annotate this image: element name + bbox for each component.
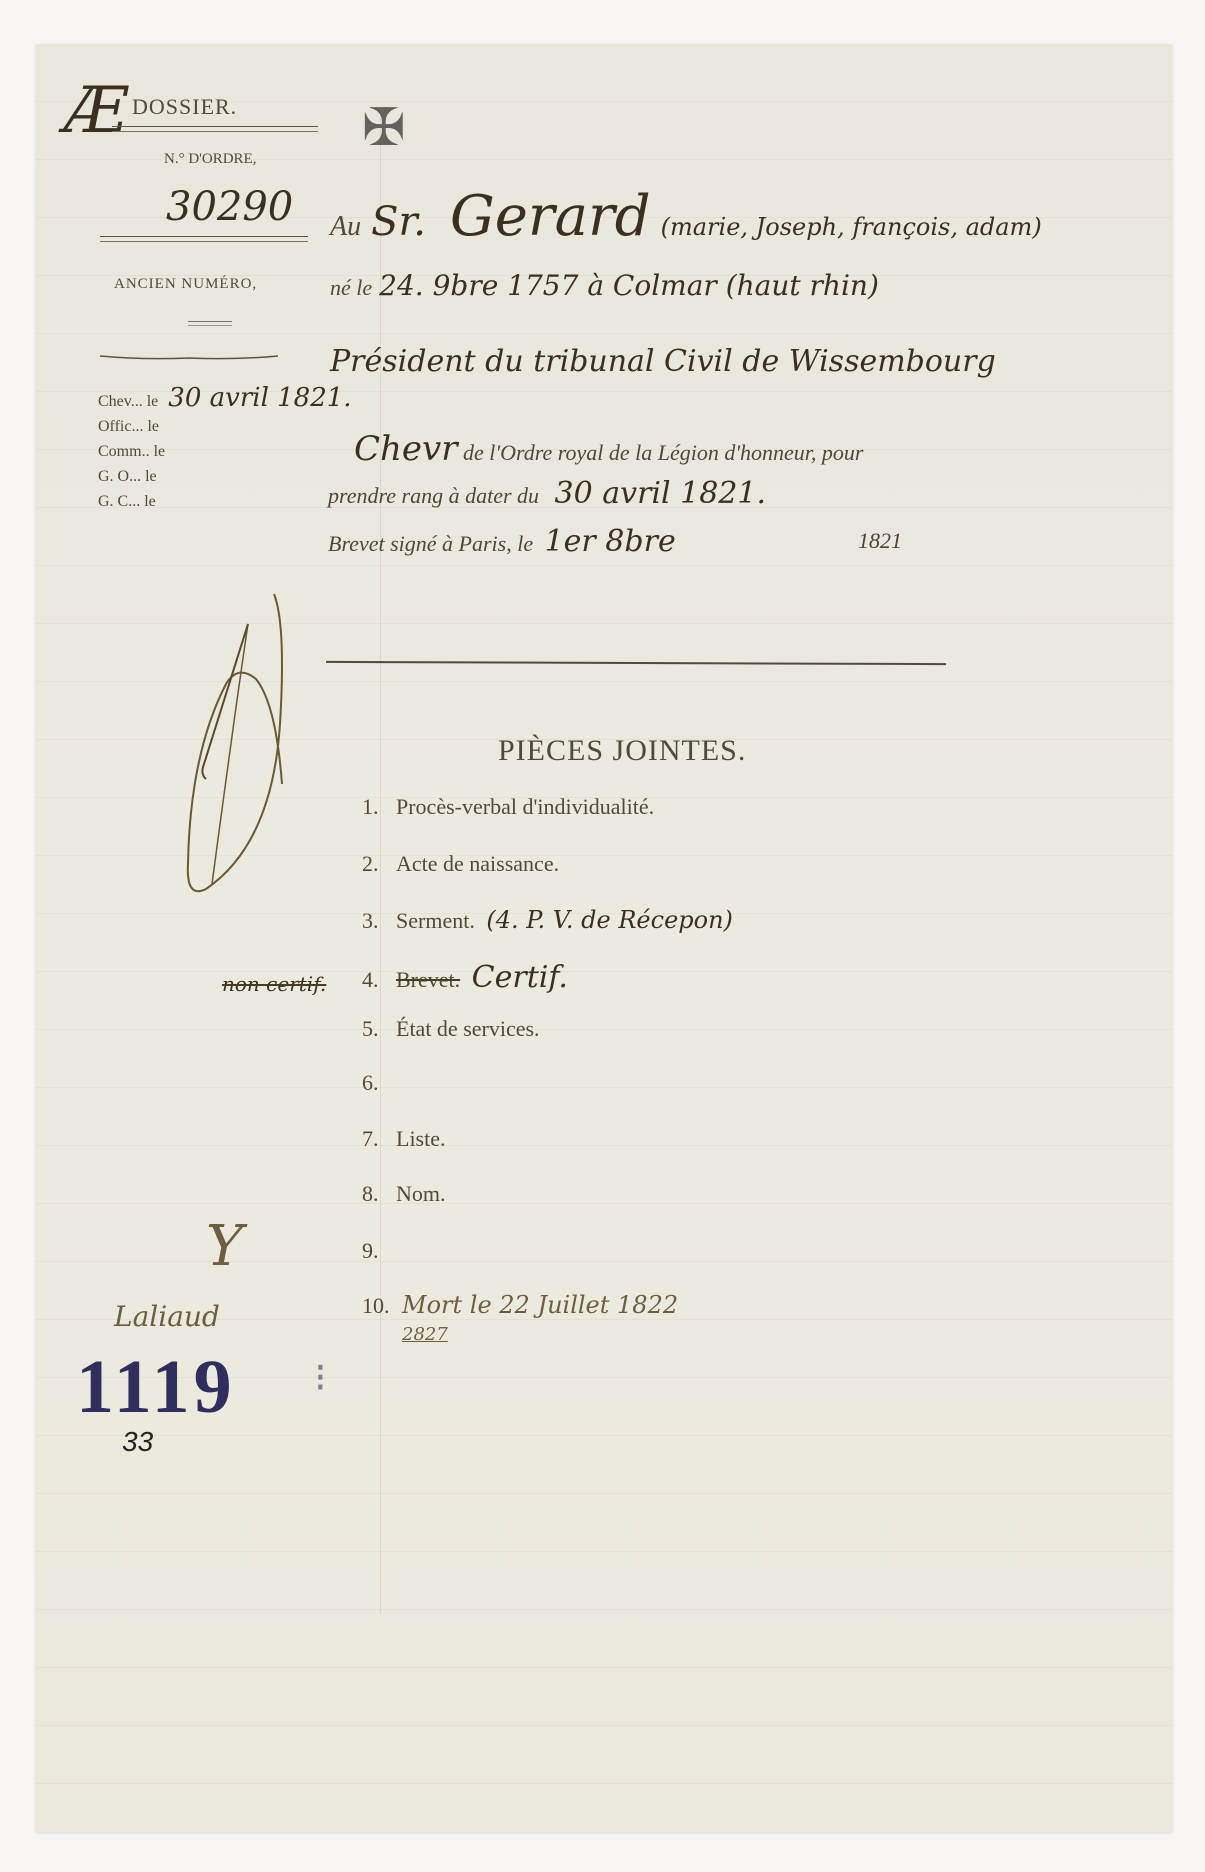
piece-note: Mort le 22 Juillet 1822 (402, 1291, 678, 1319)
stamp-mark-icon: ⁝ (314, 1354, 327, 1401)
non-certif-annotation: non certif. (222, 972, 326, 996)
recipient-position: Président du tribunal Civil de Wissembou… (330, 344, 996, 379)
brevet-label: Brevet signé à Paris, le (328, 531, 533, 556)
piece-label: Procès-verbal d'individualité. (396, 794, 654, 819)
initial-annotation: Æ (64, 74, 128, 148)
piece-item-5: 5.État de services. (362, 1016, 540, 1042)
ancien-numero-label: ANCIEN NUMÉRO, (114, 276, 257, 293)
stamp-number: 1119 (76, 1344, 236, 1431)
brevet-year: 1821 (858, 528, 902, 554)
piece-label: Brevet. (396, 967, 460, 992)
piece-num: 4. (362, 967, 396, 993)
grade-row-offic: Offic... le (98, 414, 352, 439)
section-divider (326, 661, 946, 665)
grade-label: Offic... le (98, 418, 159, 435)
born-label: né le (330, 275, 372, 300)
non-certif-text: non certif. (222, 972, 326, 996)
grade-row-chev: Chev... le 30 avril 1821. (98, 386, 352, 414)
ancien-rule (188, 321, 232, 326)
piece-item-8: 8.Nom. (362, 1181, 446, 1207)
brevet-date: 1er 8bre (545, 524, 676, 559)
award-line: Chevr de l'Ordre royal de la Légion d'ho… (354, 429, 864, 469)
grade-label: G. O... le (98, 468, 157, 485)
margin-letter-annotation: Y (206, 1214, 243, 1279)
grade-label: Comm.. le (98, 443, 165, 460)
piece-num: 8. (362, 1181, 396, 1207)
piece-num: 10. (362, 1293, 396, 1319)
piece-label: Nom. (396, 1181, 446, 1206)
recipient-line: Au Sr. Gerard (marie, Joseph, françois, … (330, 184, 1042, 249)
brace-divider (100, 354, 278, 362)
recipient-title: Sr. (371, 199, 426, 245)
piece-item-10: 10.Mort le 22 Juillet 1822 (362, 1291, 678, 1319)
rang-line: prendre rang à dater du 30 avril 1821. (328, 476, 766, 511)
grade-value: 30 avril 1821. (168, 383, 351, 413)
birth-line: né le 24. 9bre 1757 à Colmar (haut rhin) (330, 269, 879, 303)
piece-item-2: 2.Acte de naissance. (362, 851, 559, 877)
piece-item-6: 6. (362, 1070, 396, 1096)
piece-item-4: 4.Brevet. Certif. (318, 960, 568, 995)
brevet-line: Brevet signé à Paris, le 1er 8bre 1821 (328, 524, 978, 559)
piece-num: 6. (362, 1070, 396, 1096)
document-page: Æ ✠ DOSSIER. N.° D'ORDRE, 30290 ANCIEN N… (36, 44, 1172, 1832)
piece-note: Certif. (472, 960, 568, 995)
born-value: 24. 9bre 1757 à Colmar (haut rhin) (379, 269, 879, 302)
rang-date: 30 avril 1821. (555, 476, 767, 511)
piece-num: 1. (362, 794, 396, 820)
grade-row-go: G. O... le (98, 464, 352, 489)
award-rank: Chevr (354, 429, 458, 469)
au-prefix: Au (330, 211, 361, 242)
pieces-jointes-title: PIÈCES JOINTES. (498, 734, 746, 768)
margin-signature-icon (176, 584, 296, 904)
dossier-rule (112, 126, 318, 132)
grade-row-comm: Comm.. le (98, 439, 352, 464)
recipient-surname: Gerard (450, 184, 651, 249)
piece-item-3: 3.Serment. (4. P. V. de Récepon) (362, 906, 733, 934)
piece-label: Liste. (396, 1126, 446, 1151)
award-text: de l'Ordre royal de la Légion d'honneur,… (463, 440, 864, 465)
grade-row-gc: G. C... le (98, 489, 352, 514)
piece-num: 9. (362, 1238, 396, 1264)
no-ordre-label: N.° D'ORDRE, (164, 151, 256, 168)
piece-label: Serment. (396, 908, 475, 933)
dossier-label: DOSSIER. (132, 94, 237, 120)
no-ordre-value: 30290 (166, 184, 293, 230)
piece-label: Acte de naissance. (396, 851, 559, 876)
piece-item-1: 1.Procès-verbal d'individualité. (362, 794, 654, 820)
piece-num: 3. (362, 908, 396, 934)
grade-label: G. C... le (98, 493, 156, 510)
piece-num: 7. (362, 1126, 396, 1152)
page-number: 33 (122, 1426, 153, 1458)
grades-list: Chev... le 30 avril 1821. Offic... le Co… (98, 386, 352, 514)
rang-label: prendre rang à dater du (328, 483, 539, 508)
ordre-rule (100, 236, 308, 242)
cross-stamp-icon: ✠ (362, 98, 406, 158)
piece-label: État de services. (396, 1016, 540, 1041)
grade-label: Chev... le (98, 393, 158, 410)
piece-10-sub: 2827 (402, 1324, 448, 1345)
piece-note: (4. P. V. de Récepon) (486, 906, 733, 934)
signature-laliaud: Laliaud (114, 1300, 220, 1333)
piece-num: 5. (362, 1016, 396, 1042)
piece-item-7: 7.Liste. (362, 1126, 446, 1152)
ruled-lines (36, 44, 1172, 1832)
piece-item-9: 9. (362, 1238, 396, 1264)
piece-num: 2. (362, 851, 396, 877)
recipient-given-names: (marie, Joseph, françois, adam) (661, 213, 1042, 241)
